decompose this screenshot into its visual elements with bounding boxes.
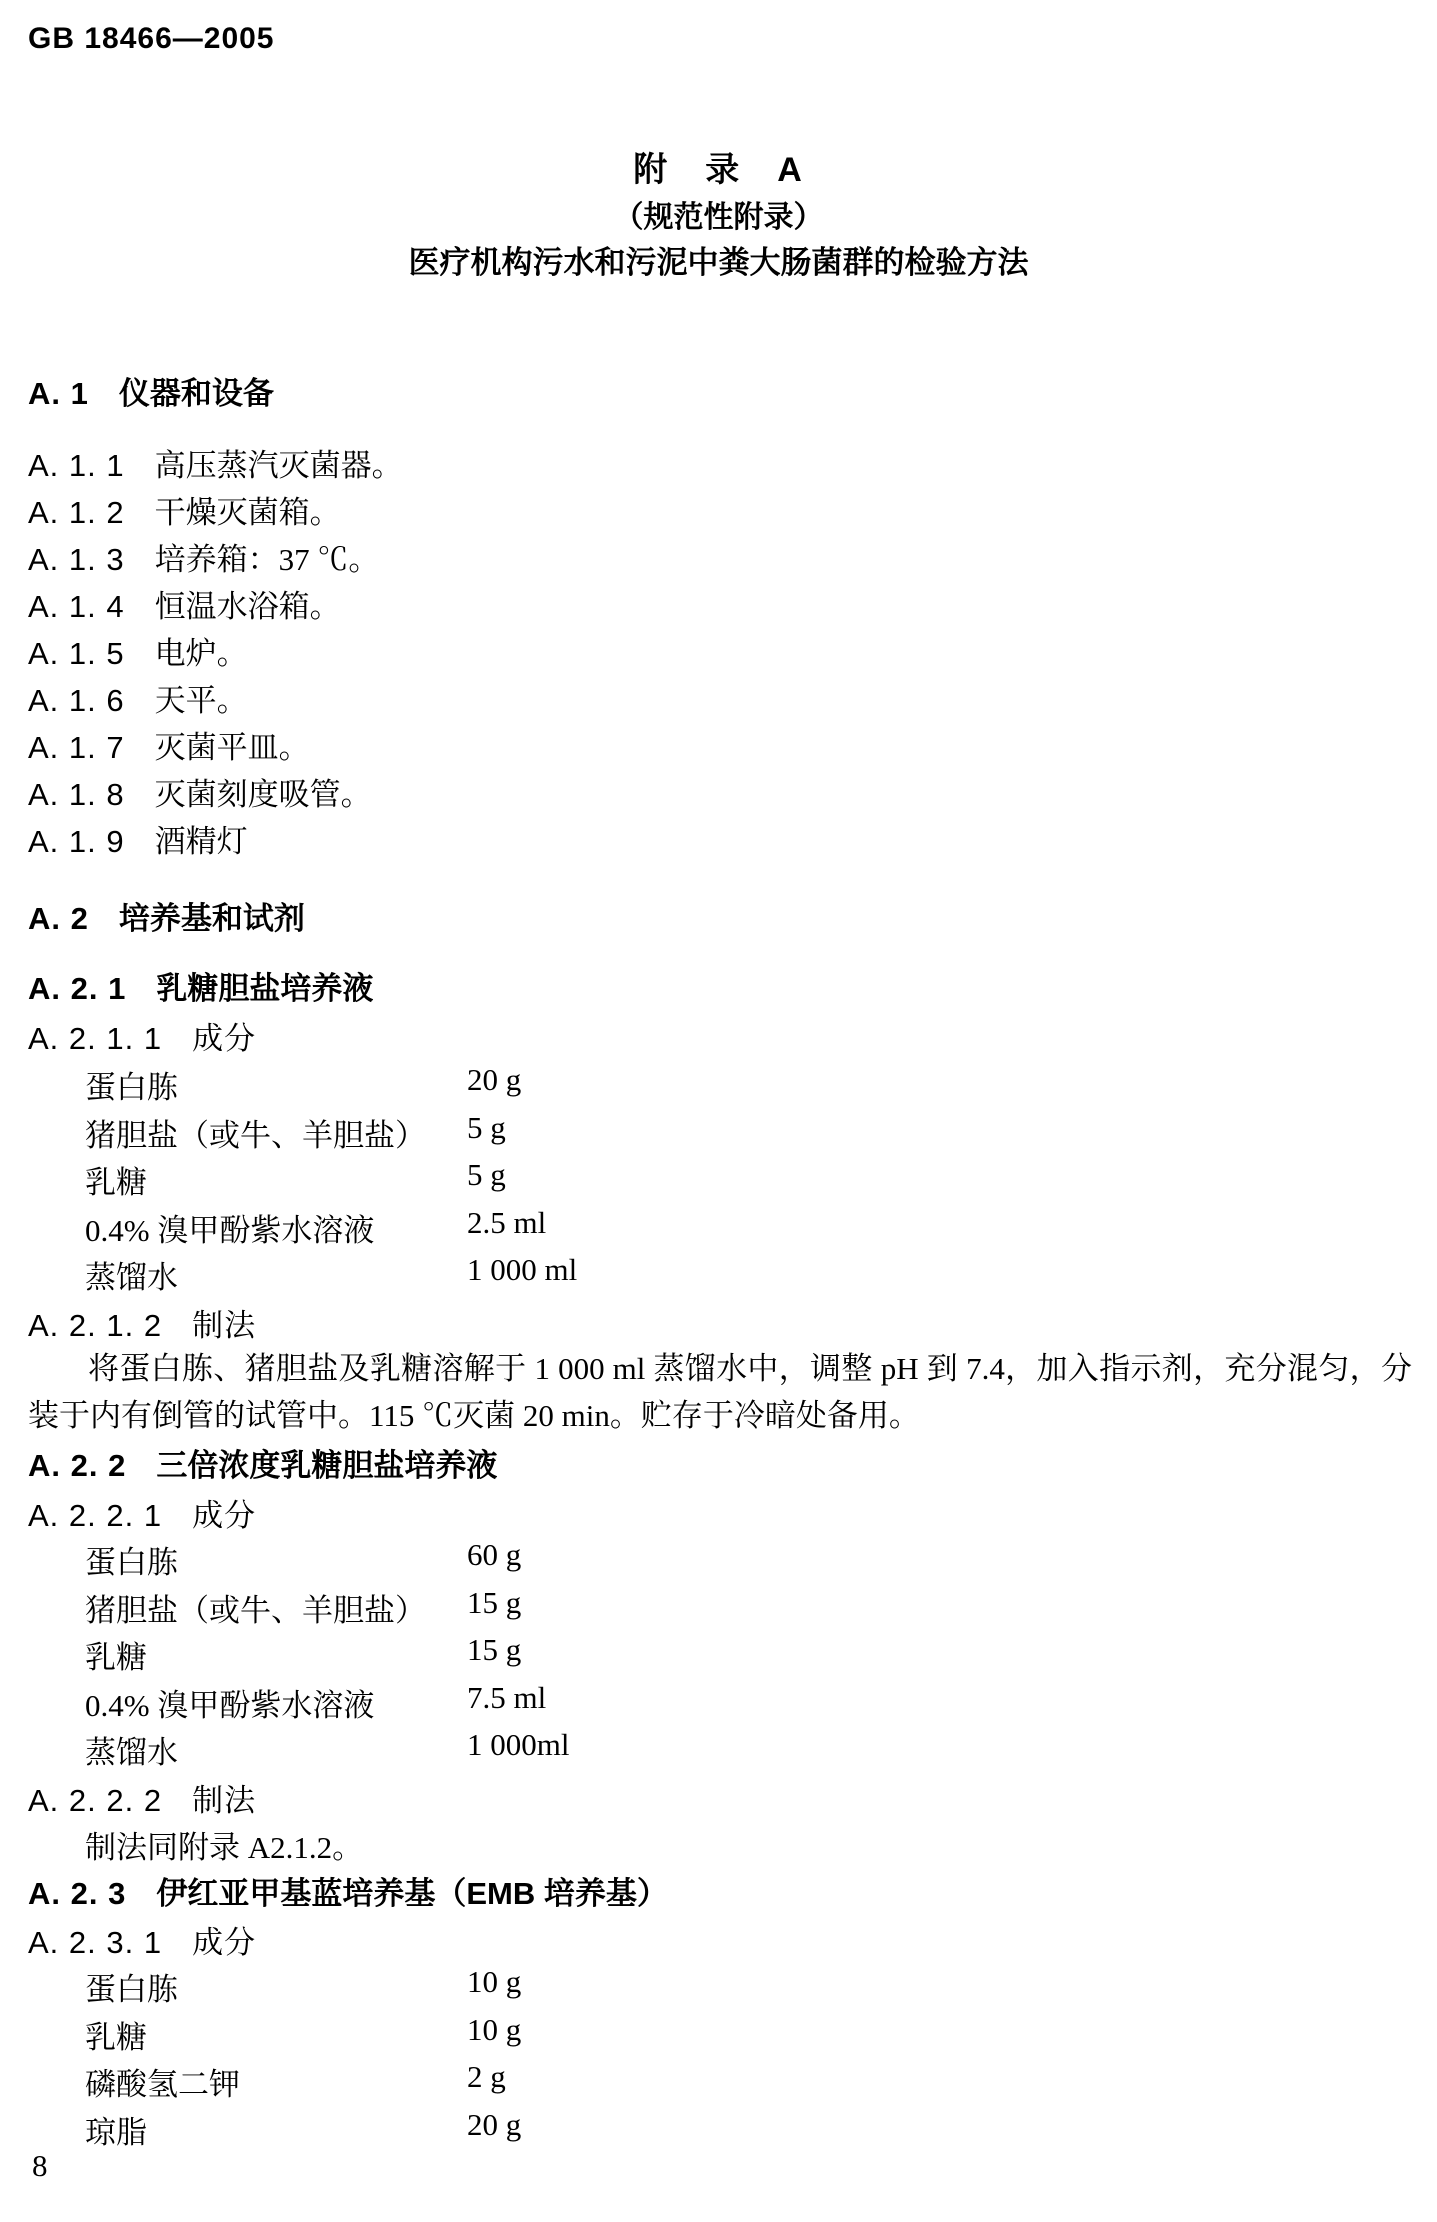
clause-a1-8: A. 1. 8灭菌刻度吸管。: [28, 769, 372, 814]
clause-number: A. 2. 1. 1: [28, 1021, 162, 1056]
ingredient-row: 猪胆盐（或牛、羊胆盐）5 g: [85, 1110, 985, 1155]
clause-number: A. 2. 3: [28, 1876, 126, 1911]
clause-number: A. 2: [28, 901, 89, 936]
section-a1-heading: A. 1仪器和设备: [28, 368, 274, 413]
ingredient-name: 乳糖: [85, 2020, 147, 2055]
clause-text: 灭菌平皿。: [155, 730, 310, 765]
ingredient-row: 猪胆盐（或牛、羊胆盐）15 g: [85, 1585, 985, 1630]
ingredient-amount: 15 g: [467, 1585, 521, 1621]
ingredient-row: 琼脂20 g: [85, 2107, 985, 2152]
clause-number: A. 1. 2: [28, 495, 125, 530]
clause-number: A. 1. 9: [28, 824, 125, 859]
ingredient-name: 琼脂: [85, 2115, 147, 2150]
clause-title: 制法: [192, 1783, 256, 1818]
clause-a1-4: A. 1. 4恒温水浴箱。: [28, 581, 341, 626]
clause-title: 伊红亚甲基蓝培养基（EMB 培养基）: [156, 1876, 668, 1911]
ingredient-name: 猪胆盐（或牛、羊胆盐）: [85, 1118, 426, 1153]
clause-title: 成分: [192, 1021, 256, 1056]
clause-text: 培养箱：37 ℃。: [155, 542, 380, 577]
appendix-main-title: 医疗机构污水和污泥中粪大肠菌群的检验方法: [0, 237, 1437, 282]
clause-title: 制法: [192, 1308, 256, 1343]
section-a2-3-heading: A. 2. 3伊红亚甲基蓝培养基（EMB 培养基）: [28, 1868, 668, 1913]
clause-a1-5: A. 1. 5电炉。: [28, 628, 248, 673]
ingredient-name: 0.4% 溴甲酚紫水溶液: [85, 1688, 374, 1723]
clause-number: A. 1: [28, 376, 89, 411]
section-a2-heading: A. 2培养基和试剂: [28, 893, 305, 938]
doc-number: GB 18466—2005: [28, 22, 275, 56]
clause-number: A. 1. 7: [28, 730, 125, 765]
ingredient-row: 蒸馏水1 000 ml: [85, 1252, 985, 1297]
ingredient-amount: 1 000 ml: [467, 1252, 577, 1288]
ingredient-amount: 2.5 ml: [467, 1205, 546, 1241]
ingredient-amount: 60 g: [467, 1537, 521, 1573]
appendix-subtitle: （规范性附录）: [0, 192, 1437, 236]
method-paragraph: 将蛋白胨、猪胆盐及乳糖溶解于 1 000 ml 蒸馏水中，调整 pH 到 7.4…: [28, 1345, 1412, 1439]
ingredient-row: 乳糖15 g: [85, 1632, 985, 1677]
ingredient-amount: 10 g: [467, 2012, 521, 2048]
ingredient-name: 蒸馏水: [85, 1735, 178, 1770]
ingredient-name: 蛋白胨: [85, 1070, 178, 1105]
ingredient-row: 蛋白胨10 g: [85, 1964, 985, 2009]
clause-number: A. 1. 5: [28, 636, 125, 671]
section-a2-2-heading: A. 2. 2三倍浓度乳糖胆盐培养液: [28, 1440, 497, 1485]
clause-a1-9: A. 1. 9酒精灯: [28, 816, 248, 861]
clause-text: 高压蒸汽灭菌器。: [155, 448, 403, 483]
ingredient-name: 0.4% 溴甲酚紫水溶液: [85, 1213, 374, 1248]
clause-text: 酒精灯: [155, 824, 248, 859]
clause-number: A. 2. 1. 2: [28, 1308, 162, 1343]
clause-number: A. 1. 6: [28, 683, 125, 718]
page-number: 8: [32, 2148, 48, 2184]
ingredient-amount: 1 000ml: [467, 1727, 569, 1763]
ingredient-name: 磷酸氢二钾: [85, 2067, 240, 2102]
clause-title: 仪器和设备: [119, 376, 274, 411]
clause-a1-7: A. 1. 7灭菌平皿。: [28, 722, 310, 767]
clause-a2-2-1: A. 2. 2. 1成分: [28, 1490, 256, 1535]
clause-number: A. 2. 2. 2: [28, 1783, 162, 1818]
clause-a2-1-1: A. 2. 1. 1成分: [28, 1013, 256, 1058]
clause-title: 三倍浓度乳糖胆盐培养液: [156, 1448, 497, 1483]
clause-number: A. 1. 4: [28, 589, 125, 624]
clause-a1-1: A. 1. 1高压蒸汽灭菌器。: [28, 440, 403, 485]
ingredient-amount: 20 g: [467, 2107, 521, 2143]
ingredient-row: 乳糖5 g: [85, 1157, 985, 1202]
ingredient-name: 乳糖: [85, 1165, 147, 1200]
clause-number: A. 1. 1: [28, 448, 125, 483]
clause-a1-2: A. 1. 2干燥灭菌箱。: [28, 487, 341, 532]
clause-text: 天平。: [155, 683, 248, 718]
ingredient-name: 蒸馏水: [85, 1260, 178, 1295]
ingredient-name: 蛋白胨: [85, 1972, 178, 2007]
clause-number: A. 2. 2. 1: [28, 1498, 162, 1533]
ingredient-amount: 7.5 ml: [467, 1680, 546, 1716]
clause-a2-2-2: A. 2. 2. 2制法: [28, 1775, 256, 1820]
ingredient-amount: 5 g: [467, 1157, 506, 1193]
clause-title: 培养基和试剂: [119, 901, 305, 936]
document-page: GB 18466—2005 附 录 A （规范性附录） 医疗机构污水和污泥中粪大…: [0, 0, 1437, 2222]
clause-a2-1-2: A. 2. 1. 2制法: [28, 1300, 256, 1345]
section-a2-1-heading: A. 2. 1乳糖胆盐培养液: [28, 963, 373, 1008]
clause-number: A. 2. 3. 1: [28, 1925, 162, 1960]
clause-number: A. 2. 2: [28, 1448, 126, 1483]
ingredient-amount: 20 g: [467, 1062, 521, 1098]
ingredient-name: 猪胆盐（或牛、羊胆盐）: [85, 1593, 426, 1628]
ingredient-row: 0.4% 溴甲酚紫水溶液7.5 ml: [85, 1680, 985, 1725]
ingredient-name: 蛋白胨: [85, 1545, 178, 1580]
ingredient-amount: 10 g: [467, 1964, 521, 2000]
ingredient-row: 蒸馏水1 000ml: [85, 1727, 985, 1772]
ingredient-amount: 5 g: [467, 1110, 506, 1146]
ingredient-row: 蛋白胨20 g: [85, 1062, 985, 1107]
clause-a2-3-1: A. 2. 3. 1成分: [28, 1917, 256, 1962]
ingredient-row: 蛋白胨60 g: [85, 1537, 985, 1582]
clause-title: 成分: [192, 1498, 256, 1533]
clause-a1-3: A. 1. 3培养箱：37 ℃。: [28, 534, 379, 579]
appendix-title: 附 录 A: [0, 142, 1437, 191]
clause-text: 恒温水浴箱。: [155, 589, 341, 624]
clause-text: 灭菌刻度吸管。: [155, 777, 372, 812]
clause-number: A. 1. 8: [28, 777, 125, 812]
clause-title: 乳糖胆盐培养液: [156, 971, 373, 1006]
ingredient-amount: 15 g: [467, 1632, 521, 1668]
method-text: 制法同附录 A2.1.2。: [85, 1822, 363, 1867]
clause-number: A. 2. 1: [28, 971, 126, 1006]
ingredient-row: 乳糖10 g: [85, 2012, 985, 2057]
clause-text: 干燥灭菌箱。: [155, 495, 341, 530]
clause-number: A. 1. 3: [28, 542, 125, 577]
clause-title: 成分: [192, 1925, 256, 1960]
ingredient-row: 0.4% 溴甲酚紫水溶液2.5 ml: [85, 1205, 985, 1250]
ingredient-row: 磷酸氢二钾2 g: [85, 2059, 985, 2104]
clause-a1-6: A. 1. 6天平。: [28, 675, 248, 720]
clause-text: 电炉。: [155, 636, 248, 671]
ingredient-amount: 2 g: [467, 2059, 506, 2095]
ingredient-name: 乳糖: [85, 1640, 147, 1675]
